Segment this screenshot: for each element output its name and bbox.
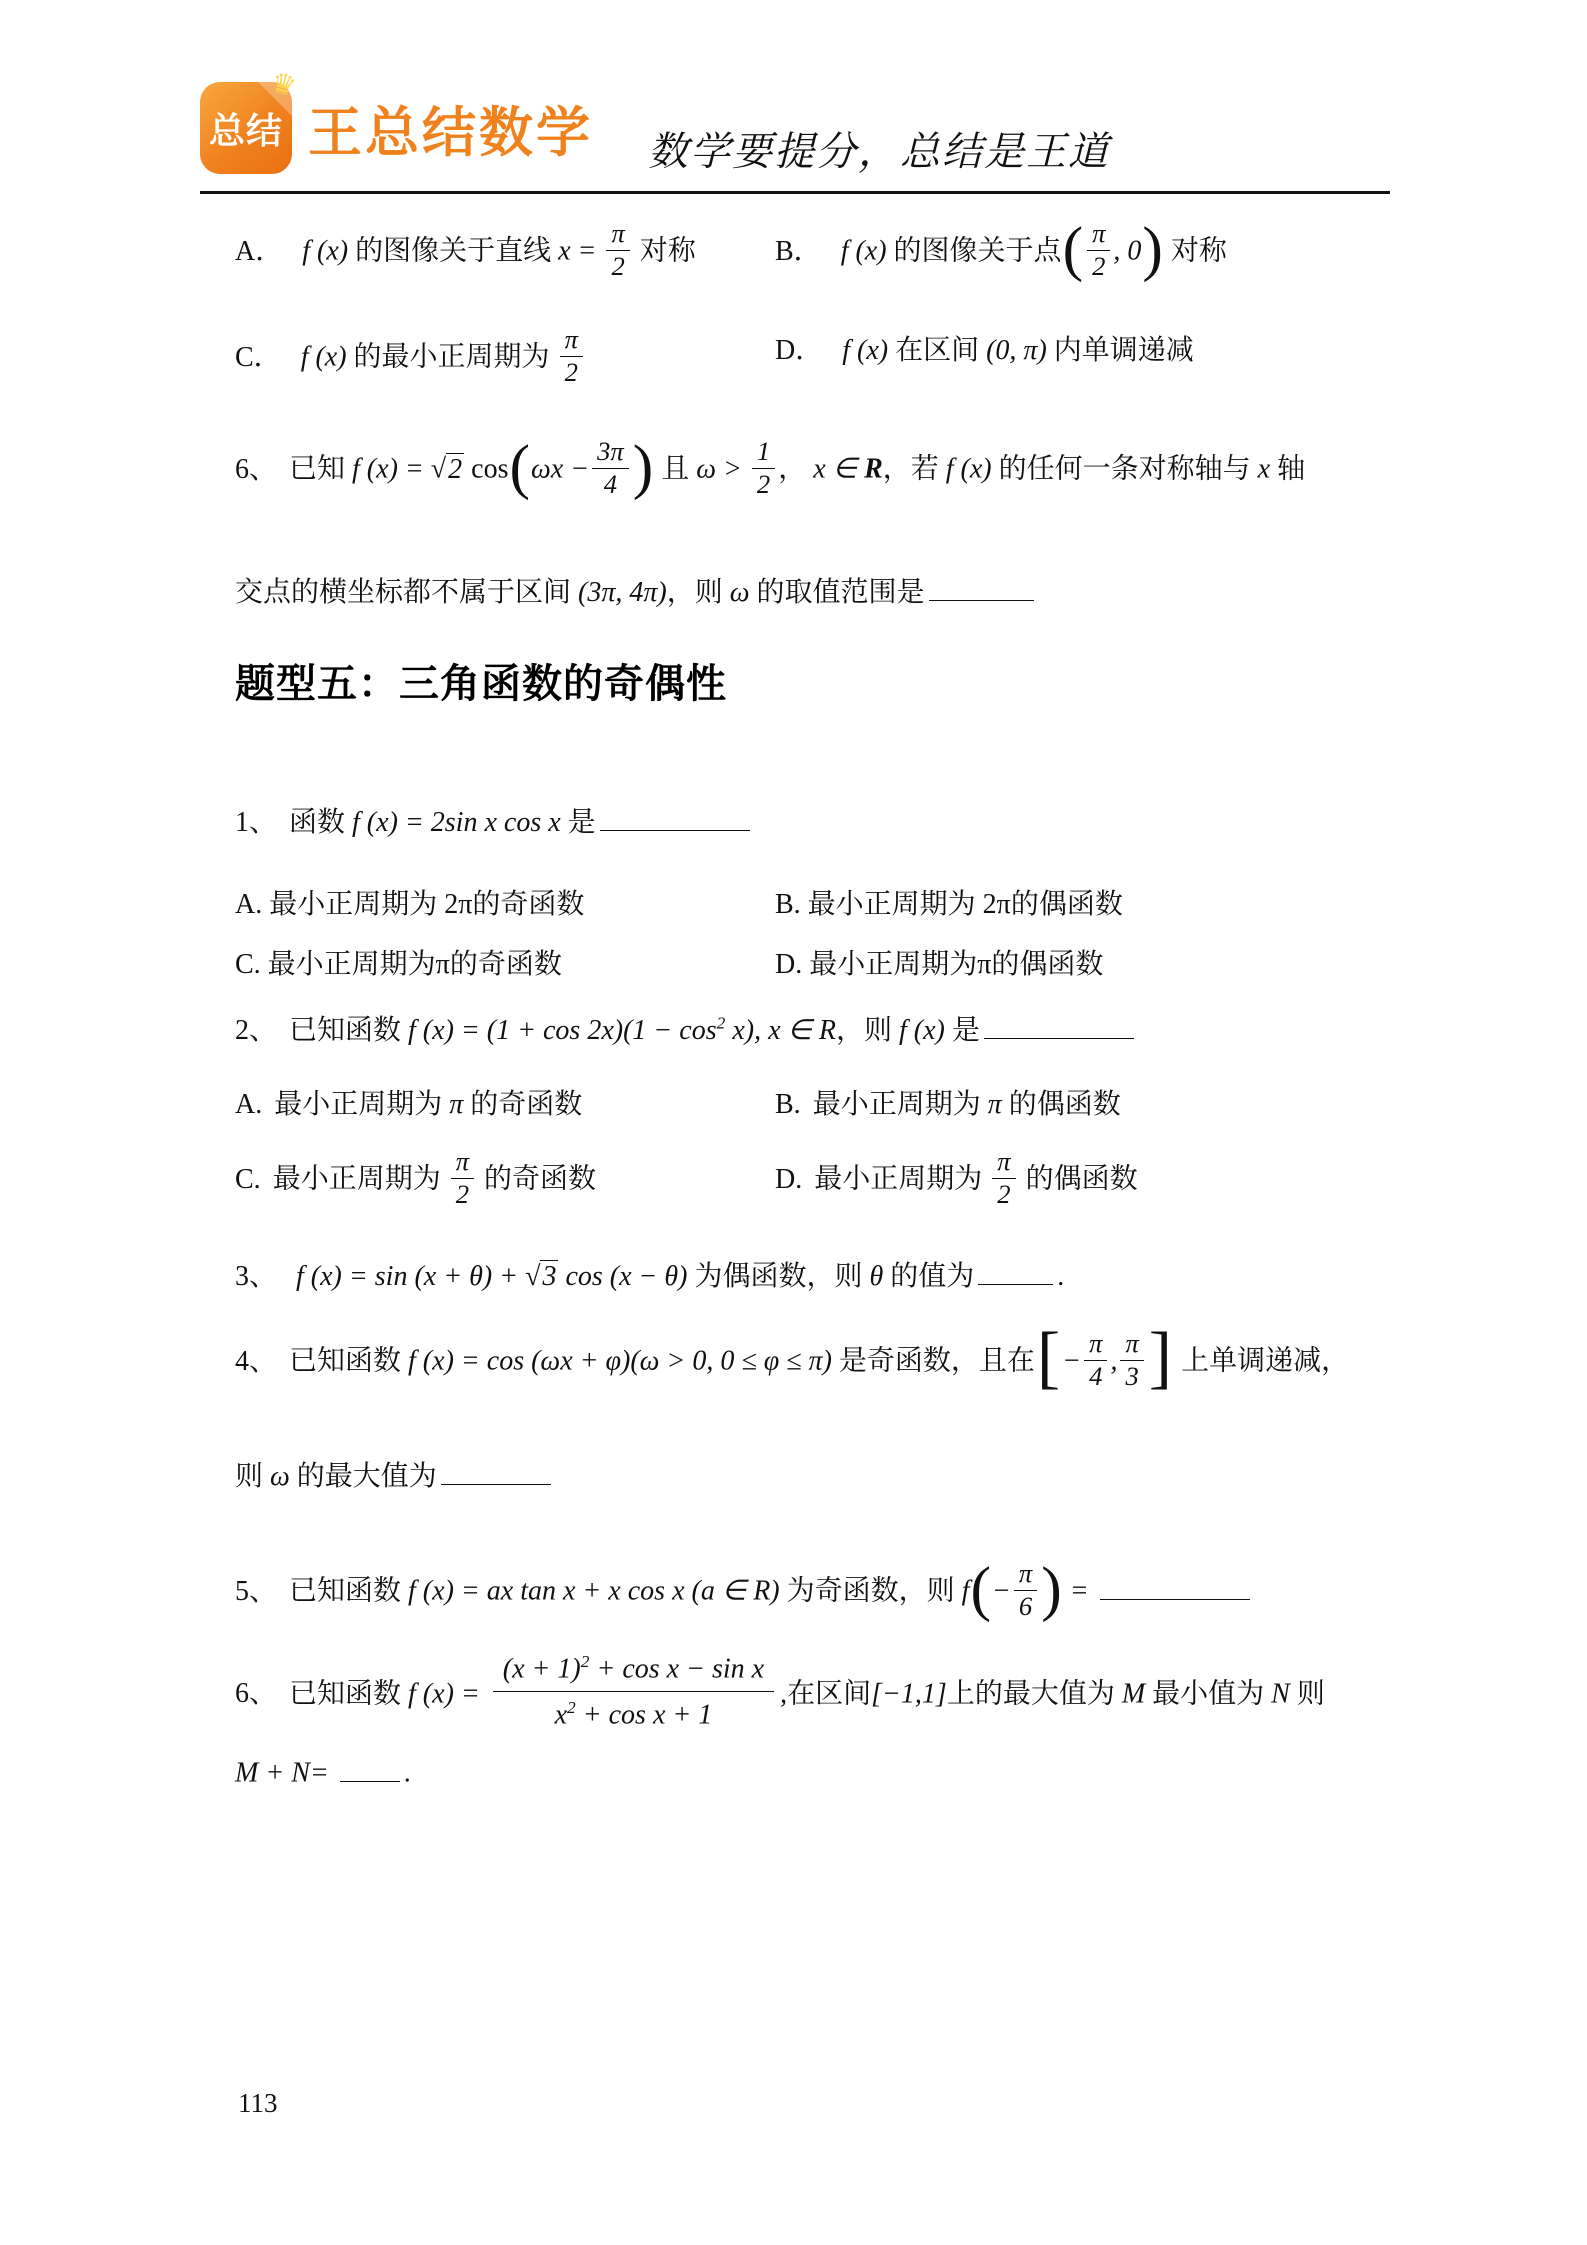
math-run: ω	[270, 1461, 290, 1492]
text-run: 已知函数	[289, 1576, 401, 1607]
math-run: f (x)	[302, 236, 348, 267]
question-number: 6、	[235, 454, 277, 485]
math-run: M	[1122, 1678, 1145, 1709]
fraction-denominator: 2	[752, 469, 775, 499]
right-bracket: ]	[1149, 1319, 1172, 1396]
section-heading: 题型五：三角函数的奇偶性	[235, 652, 1435, 709]
text-run: 的偶函数	[1026, 1164, 1138, 1195]
question-6-bottom-line-1: 6、已知函数 f (x) = (x + 1)2 + cos x − sin x …	[235, 1656, 1435, 1736]
text-run: ，若	[883, 454, 939, 485]
blank-underline	[441, 1455, 551, 1485]
text-run: 的奇函数	[470, 1089, 582, 1120]
question-number: 5、	[235, 1576, 277, 1607]
text-run: .	[1057, 1261, 1064, 1292]
fraction-denominator: 2	[451, 1179, 474, 1209]
text-run: 的图像关于点	[894, 236, 1062, 267]
fraction-denominator: 2	[1087, 251, 1110, 281]
text-run: 内单调递减	[1054, 335, 1194, 366]
fraction-numerator: π	[606, 219, 629, 251]
text-run: 函数	[289, 807, 345, 838]
question-number: 4、	[235, 1346, 277, 1377]
text-run: 的图像关于直线	[355, 236, 551, 267]
math-run: x	[1258, 454, 1270, 485]
text-run: 则	[1297, 1678, 1325, 1709]
text-run: 最小值为	[1152, 1678, 1264, 1709]
text-run: ，则	[667, 577, 723, 608]
option-c: C.最小正周期为 π2 的奇函数	[235, 1150, 775, 1213]
superscript: 2	[567, 1698, 576, 1717]
math-run: ωx −	[531, 454, 589, 485]
math-run: f (x)	[841, 236, 887, 267]
option-d: D.最小正周期为 π2 的偶函数	[775, 1150, 1435, 1213]
math-run: x	[555, 1700, 567, 1731]
option-c: C. 最小正周期为π的奇函数	[235, 942, 775, 982]
fraction-numerator: 3π	[592, 437, 629, 469]
fraction: π2	[1087, 219, 1110, 282]
fraction: π6	[1014, 1559, 1037, 1622]
fraction: 3π4	[592, 437, 629, 500]
question-2-options-ab: A.最小正周期为 π 的奇函数 B.最小正周期为 π 的偶函数	[235, 1082, 1435, 1122]
math-run: f (x) = cos (ωx + φ)(ω > 0, 0 ≤ φ ≤ π)	[408, 1346, 832, 1377]
fraction: π2	[992, 1147, 1015, 1210]
logo-badge-text: 总结	[209, 103, 283, 154]
math-run: + cos x − sin x	[589, 1653, 764, 1684]
blank-underline	[600, 801, 750, 831]
blank-underline	[1100, 1570, 1250, 1600]
text-run: 轴	[1277, 454, 1305, 485]
question-6-bottom-line-2: M + N= .	[235, 1752, 1435, 1790]
math-run: f (x) = 2sin x cos x	[352, 807, 561, 838]
text-run: 对称	[1171, 236, 1227, 267]
left-bracket: [	[1037, 1319, 1060, 1396]
option-a: A.最小正周期为 π 的奇函数	[235, 1082, 775, 1122]
minus-sign: −	[1062, 1346, 1081, 1377]
math-run: f	[962, 1576, 970, 1607]
text-run: 则	[235, 1461, 263, 1492]
radicand: 2	[446, 453, 464, 485]
math-run: f (x) = sin (x + θ) +	[296, 1261, 518, 1292]
left-paren: (	[1063, 215, 1084, 283]
question-number: 3、	[235, 1261, 277, 1292]
question-number: 6、	[235, 1678, 277, 1709]
math-run: f (x) =	[408, 1678, 480, 1709]
text-run: 是	[952, 1015, 980, 1046]
text-run: 为奇函数，则	[787, 1576, 955, 1607]
math-run: f (x) = (1 + cos 2x)(1 − cos	[408, 1015, 717, 1046]
option-d-label: D.	[775, 1164, 802, 1195]
left-paren: (	[970, 1555, 991, 1623]
fraction-denominator: x2 + cos x + 1	[493, 1692, 774, 1732]
right-paren: )	[633, 433, 654, 501]
text-run: 上的最大值为	[947, 1678, 1115, 1709]
option-d-label: D．	[775, 335, 823, 366]
option-c-label: C.	[235, 1164, 261, 1195]
brand-name: 王总结数学	[308, 90, 593, 167]
math-run: π	[449, 1089, 463, 1120]
fraction: 12	[752, 437, 775, 500]
fraction-denominator: 4	[1084, 1361, 1107, 1391]
question-4-line-2: 则 ω 的最大值为	[235, 1454, 1435, 1494]
math-run: ω	[730, 577, 750, 608]
question-6-top-line-2: 交点的横坐标都不属于区间 (3π, 4π)，则 ω 的取值范围是	[235, 570, 1435, 610]
text-run: 最小正周期为	[274, 1089, 442, 1120]
math-run: π	[988, 1089, 1002, 1120]
option-d: D． f (x) 在区间 (0, π) 内单调递减	[775, 328, 1435, 368]
text-run: ，则	[836, 1015, 892, 1046]
logo-badge-icon: 总结 ♛	[200, 82, 292, 174]
question-number: 1、	[235, 807, 277, 838]
blank-underline	[984, 1009, 1134, 1039]
text-run: 交点的横坐标都不属于区间	[235, 577, 571, 608]
option-b: B. 最小正周期为 2π的偶函数	[775, 882, 1435, 922]
page-number: 113	[238, 2088, 278, 2119]
fraction-numerator: π	[992, 1147, 1015, 1179]
right-paren: )	[1142, 215, 1163, 283]
math-run: , 0	[1113, 236, 1141, 267]
math-run: x =	[558, 236, 596, 267]
question-6-top-line-1: 6、已知 f (x) = √2 cos(ωx −3π4) 且 ω > 12， x…	[235, 440, 1435, 503]
math-run: x), x ∈ R	[725, 1015, 836, 1046]
brand-tagline: 数学要提分，总结是王道	[648, 120, 1110, 177]
math-run: cos	[471, 454, 508, 485]
brand-logo: 总结 ♛ 王总结数学	[200, 82, 593, 174]
option-a: A. 最小正周期为 2π的奇函数	[235, 882, 775, 922]
option-a-label: A．	[235, 236, 283, 267]
radical-sign: √	[431, 454, 446, 485]
option-a: A． f (x) 的图像关于直线 x = π2 对称	[235, 222, 775, 285]
text-run: 的最大值为	[297, 1461, 437, 1492]
options-row-cd: C． f (x) 的最小正周期为 π2 D． f (x) 在区间 (0, π) …	[235, 328, 1435, 391]
comma: ,	[1110, 1346, 1117, 1377]
blank-underline	[978, 1255, 1053, 1285]
text-run: ，	[778, 454, 806, 485]
question-2-options-cd: C.最小正周期为 π2 的奇函数 D.最小正周期为 π2 的偶函数	[235, 1150, 1435, 1213]
question-1-options-cd: C. 最小正周期为π的奇函数 D. 最小正周期为π的偶函数	[235, 942, 1435, 982]
math-run: f (x)	[946, 454, 992, 485]
text-run: 在区间	[895, 335, 979, 366]
text-run: 已知函数	[289, 1346, 401, 1377]
math-run: N	[1271, 1678, 1290, 1709]
fraction-numerator: π	[1120, 1329, 1143, 1361]
fraction-numerator: π	[1087, 219, 1110, 251]
superscript: 2	[717, 1014, 726, 1033]
option-b-label: B．	[775, 236, 822, 267]
text-run: 是奇函数，且在	[839, 1346, 1035, 1377]
fraction-numerator: (x + 1)2 + cos x − sin x	[493, 1652, 774, 1693]
math-run: f (x)	[842, 335, 888, 366]
math-run: f (x)	[899, 1015, 945, 1046]
options-row-ab: A． f (x) 的图像关于直线 x = π2 对称 B． f (x) 的图像关…	[235, 222, 1435, 285]
option-d: D. 最小正周期为π的偶函数	[775, 942, 1435, 982]
question-5: 5、已知函数 f (x) = ax tan x + x cos x (a ∈ R…	[235, 1562, 1435, 1625]
text-run: 对称	[640, 236, 696, 267]
option-b: B． f (x) 的图像关于点(π2, 0) 对称	[775, 222, 1435, 285]
question-number: 2、	[235, 1015, 277, 1046]
radical-sign: √	[525, 1261, 540, 1292]
question-1-options-ab: A. 最小正周期为 2π的奇函数 B. 最小正周期为 2π的偶函数	[235, 882, 1435, 922]
text-run: 已知函数	[289, 1015, 401, 1046]
left-paren: (	[509, 433, 530, 501]
fraction-denominator: 3	[1120, 1361, 1143, 1391]
fraction-numerator: π	[1084, 1329, 1107, 1361]
fraction-denominator: 2	[560, 357, 583, 387]
worksheet-page: 总结 ♛ 王总结数学 数学要提分，总结是王道 A． f (x) 的图像关于直线 …	[0, 0, 1587, 2245]
text-run: 最小正周期为	[813, 1089, 981, 1120]
fraction-numerator: π	[451, 1147, 474, 1179]
option-b-label: B.	[775, 1089, 801, 1120]
big-fraction: (x + 1)2 + cos x − sin x x2 + cos x + 1	[493, 1652, 774, 1732]
fraction: π2	[560, 325, 583, 388]
text-run: 为偶函数，则	[695, 1261, 863, 1292]
math-run: f (x) =	[352, 454, 424, 485]
math-run: (0, π)	[986, 335, 1047, 366]
fraction-denominator: 2	[606, 251, 629, 281]
math-run: f (x) = ax tan x + x cos x (a ∈ R)	[408, 1576, 780, 1607]
math-run: f (x)	[301, 342, 347, 373]
text-run: 上单调递减，	[1181, 1346, 1349, 1377]
fraction: π2	[451, 1147, 474, 1210]
option-c-label: C．	[235, 342, 282, 373]
text-run: 是	[568, 807, 596, 838]
math-run: x ∈	[813, 454, 857, 485]
question-4-line-1: 4、已知函数 f (x) = cos (ωx + φ)(ω > 0, 0 ≤ φ…	[235, 1332, 1435, 1395]
text-run: 的最小正周期为	[354, 342, 550, 373]
text-run: 的任何一条对称轴与	[999, 454, 1251, 485]
fraction-denominator: 4	[592, 469, 629, 499]
header-divider	[200, 191, 1390, 194]
minus-sign: −	[992, 1576, 1011, 1607]
fraction: π3	[1120, 1329, 1143, 1392]
math-run: + cos x + 1	[576, 1700, 713, 1731]
text-run: .	[404, 1758, 411, 1789]
fraction: π4	[1084, 1329, 1107, 1392]
option-b: B.最小正周期为 π 的偶函数	[775, 1082, 1435, 1122]
fraction-denominator: 2	[992, 1179, 1015, 1209]
text-run: 最小正周期为	[273, 1164, 441, 1195]
question-1: 1、函数 f (x) = 2sin x cos x 是	[235, 800, 1435, 840]
text-run: 最小正周期为	[814, 1164, 982, 1195]
fraction-numerator: 1	[752, 437, 775, 469]
math-run: (x + 1)	[503, 1653, 581, 1684]
text-run: 的值为	[890, 1261, 974, 1292]
crown-icon: ♛	[267, 65, 299, 103]
blank-underline	[340, 1752, 400, 1782]
math-run: (3π, 4π)	[578, 577, 667, 608]
text-run: ,在区间	[780, 1678, 871, 1709]
math-run-bold: R	[864, 454, 883, 485]
right-paren: )	[1041, 1555, 1062, 1623]
text-run: 已知	[289, 454, 345, 485]
math-run: ω >	[696, 454, 742, 485]
math-run: cos (x − θ)	[565, 1261, 687, 1292]
option-a-label: A.	[235, 1089, 262, 1120]
fraction-denominator: 6	[1014, 1591, 1037, 1621]
radicand: 3	[540, 1260, 558, 1292]
question-3: 3、 f (x) = sin (x + θ) + √3 cos (x − θ) …	[235, 1254, 1435, 1294]
text-run: 的奇函数	[484, 1164, 596, 1195]
blank-underline	[929, 571, 1034, 601]
fraction-numerator: π	[1014, 1559, 1037, 1591]
text-run: 且	[661, 454, 689, 485]
math-run: [−1,1]	[871, 1678, 947, 1709]
question-2: 2、已知函数 f (x) = (1 + cos 2x)(1 − cos2 x),…	[235, 1008, 1435, 1048]
text-run: 已知函数	[289, 1678, 401, 1709]
fraction: π2	[606, 219, 629, 282]
equals-sign: =	[1070, 1576, 1089, 1607]
text-run: 的偶函数	[1009, 1089, 1121, 1120]
math-run: θ	[870, 1261, 884, 1292]
fraction-numerator: π	[560, 325, 583, 357]
option-c: C． f (x) 的最小正周期为 π2	[235, 328, 775, 391]
text-run: 的取值范围是	[757, 577, 925, 608]
math-run: M + N=	[235, 1758, 329, 1789]
